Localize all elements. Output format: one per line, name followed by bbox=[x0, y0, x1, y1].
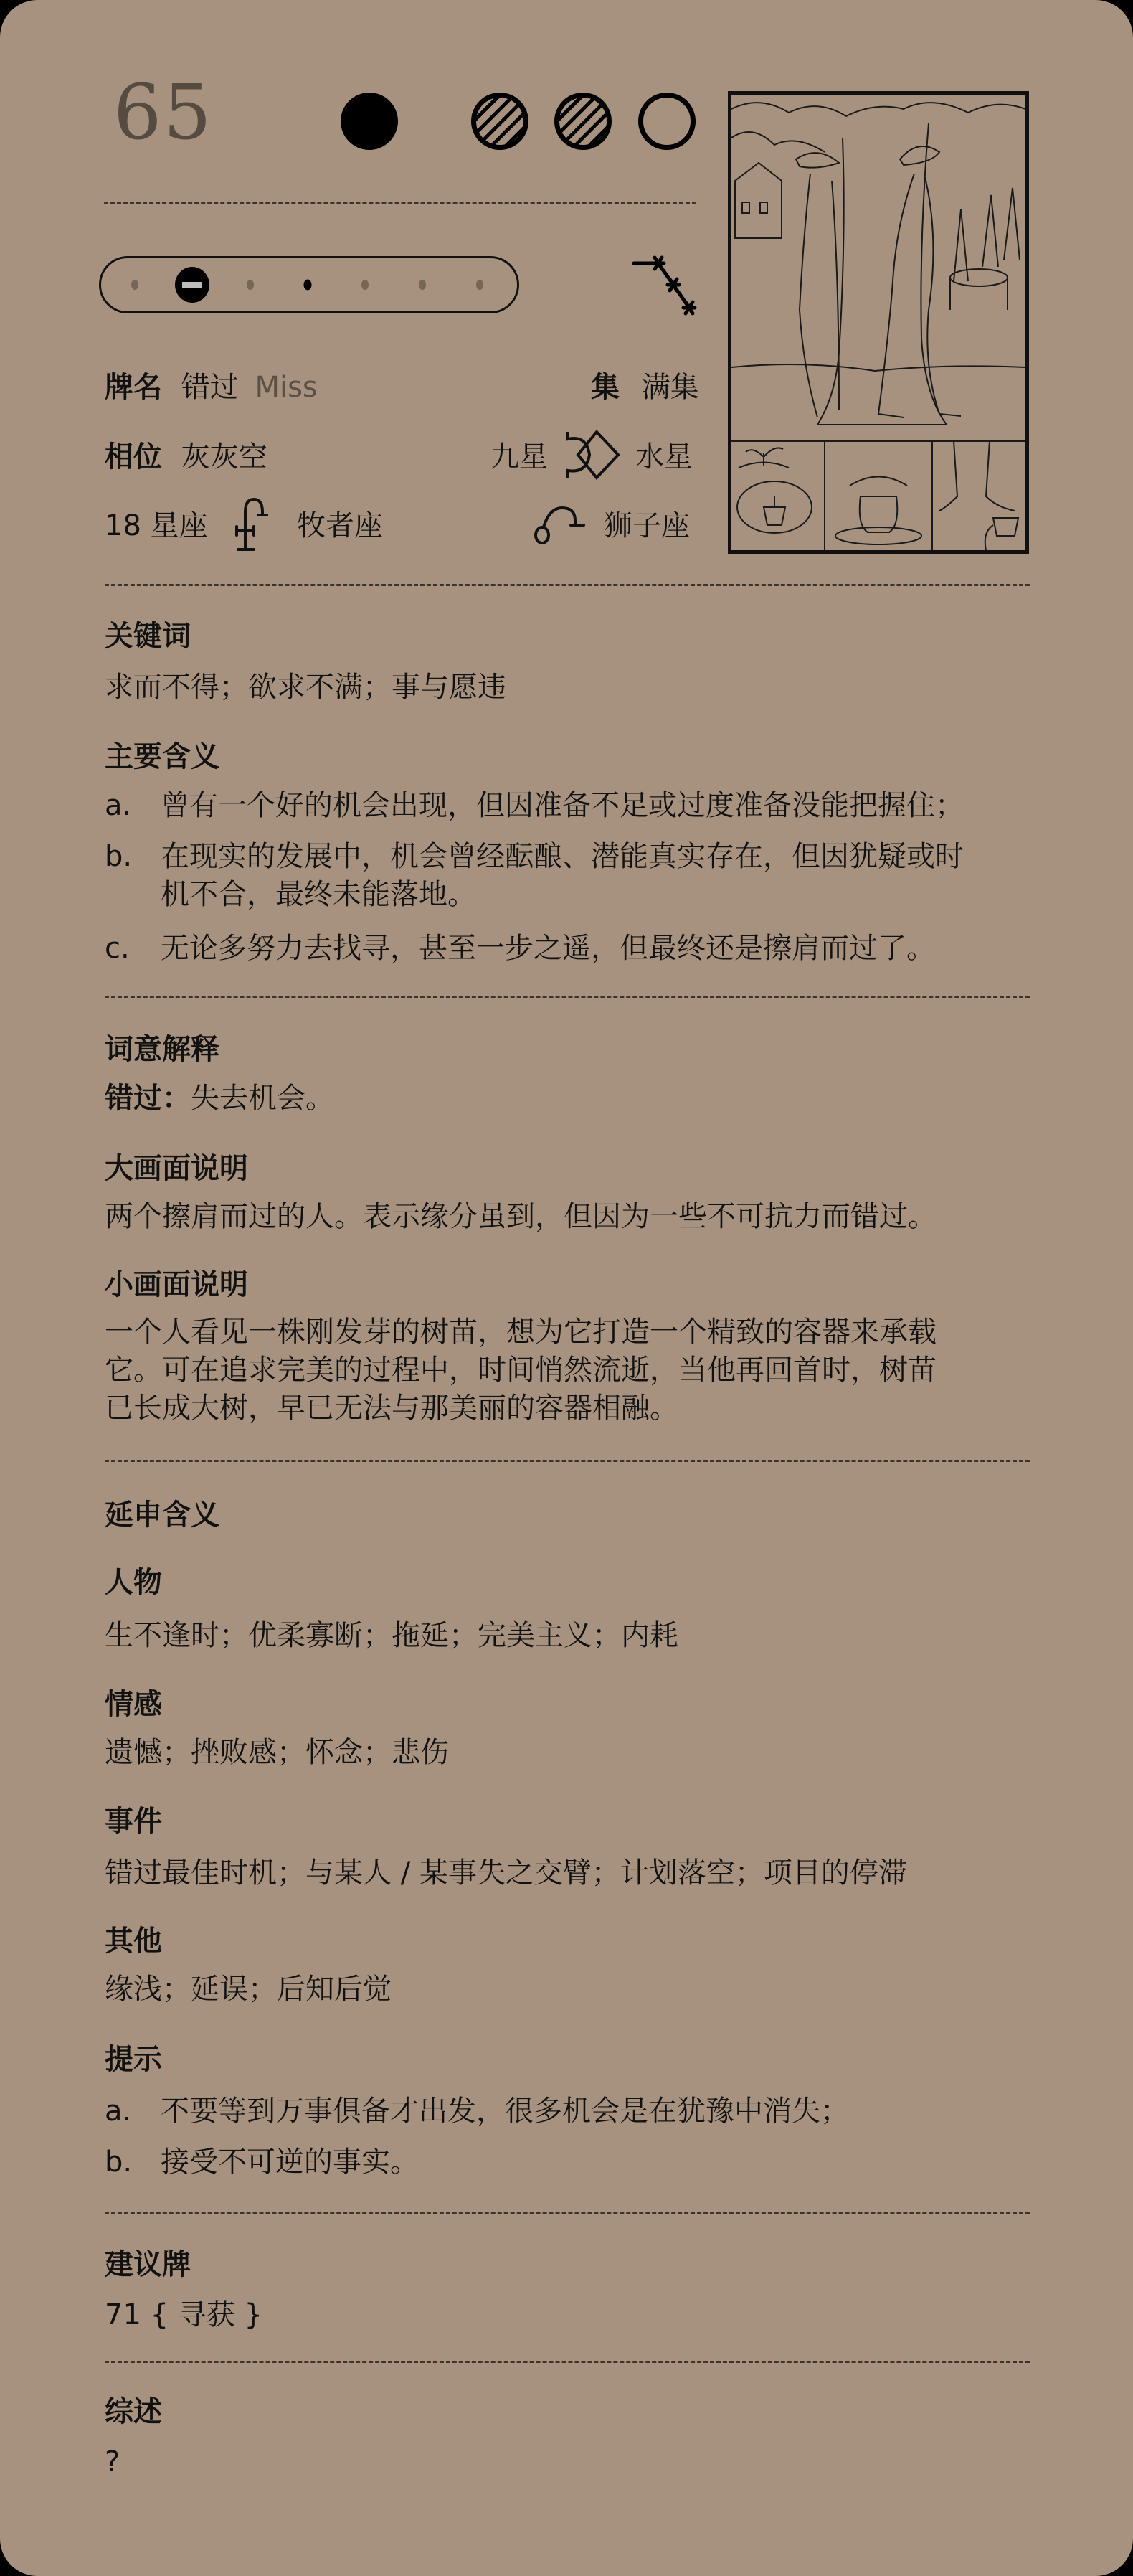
other-text: 缘浅；延误；后知后觉 bbox=[105, 1971, 392, 2009]
word-meaning-term: 错过： bbox=[105, 1082, 191, 1115]
zodiac18-value: 牧者座 bbox=[297, 511, 383, 540]
keywords-title: 关键词 bbox=[105, 622, 191, 651]
nine-star-value: 水星 bbox=[635, 443, 693, 471]
slider-knob[interactable] bbox=[175, 267, 209, 303]
main-meaning-item-b: b.在现实的发展中，机会曾经酝酿、潜能真实存在，但因犹疑或时 机不合，最终未能落… bbox=[105, 838, 964, 914]
mercury-sigil-icon bbox=[565, 429, 622, 481]
attr-aspect-row: 相位 灰灰空 bbox=[105, 443, 267, 471]
card-number: 65 bbox=[113, 75, 213, 151]
small-picture-text: 一个人看见一株刚发芽的树苗，想为它打造一个精致的容器来承载 它。可在追求完美的过… bbox=[105, 1313, 937, 1428]
event-text: 错过最佳时机；与某人 / 某事失之交臂；计划落空；项目的停滞 bbox=[105, 1854, 907, 1892]
name-value: 错过 bbox=[181, 371, 239, 404]
set-value: 满集 bbox=[642, 371, 699, 404]
divider bbox=[105, 996, 1030, 998]
leo-icon bbox=[534, 504, 587, 547]
main-meaning-item-a: a.曾有一个好的机会出现，但因准备不足或过度准备没能把握住； bbox=[105, 787, 964, 825]
slider-dot[interactable] bbox=[131, 280, 138, 290]
tips-title: 提示 bbox=[105, 2045, 162, 2074]
summary-title: 综述 bbox=[105, 2397, 162, 2426]
hatched-circle-icon bbox=[471, 93, 528, 150]
slider-dot[interactable] bbox=[361, 280, 369, 290]
name-label: 牌名 bbox=[105, 371, 162, 404]
divider bbox=[105, 2212, 1030, 2214]
word-meaning-title: 词意解释 bbox=[105, 1035, 219, 1064]
card-detail-page: 65 牌名 错过 Miss 集 满集 相位 灰灰空 bbox=[0, 0, 1133, 2576]
emotion-text: 遗憾；挫败感；怀念；悲伤 bbox=[105, 1734, 449, 1772]
position-slider[interactable] bbox=[99, 256, 519, 313]
suggested-card-title: 建议牌 bbox=[105, 2250, 191, 2279]
tip-item-a: a.不要等到万事俱备才出发，很多机会是在犹豫中消失； bbox=[105, 2093, 849, 2131]
aspect-label: 相位 bbox=[105, 440, 162, 473]
divider bbox=[104, 202, 696, 204]
summary-text: ? bbox=[105, 2443, 120, 2481]
empty-circle-icon bbox=[638, 93, 696, 150]
slider-dot-marked[interactable] bbox=[304, 280, 312, 291]
extended-title: 延申含义 bbox=[105, 1501, 219, 1529]
aspect-value: 灰灰空 bbox=[181, 440, 267, 473]
divider bbox=[105, 2361, 1030, 2363]
herdsman-sigil-icon bbox=[234, 496, 271, 554]
slider-dot[interactable] bbox=[247, 280, 254, 290]
word-meaning-text: 错过：失去机会。 bbox=[105, 1080, 334, 1118]
suggested-card-link[interactable]: 71 { 寻获 } bbox=[105, 2296, 262, 2334]
other-title: 其他 bbox=[105, 1927, 162, 1955]
nine-star-label: 九星 bbox=[490, 443, 548, 471]
hatched-circle-icon bbox=[554, 93, 612, 150]
emotion-title: 情感 bbox=[105, 1690, 162, 1719]
event-title: 事件 bbox=[105, 1807, 162, 1836]
card-illustration bbox=[728, 91, 1029, 554]
zodiac-value: 狮子座 bbox=[604, 511, 690, 540]
people-text: 生不逢时；优柔寡断；拖延；完美主义；内耗 bbox=[105, 1617, 678, 1655]
big-picture-text: 两个擦肩而过的人。表示缘分虽到，但因为一些不可抗力而错过。 bbox=[105, 1198, 937, 1236]
word-meaning-definition: 失去机会。 bbox=[191, 1082, 334, 1115]
slider-dot[interactable] bbox=[476, 280, 483, 290]
zodiac18-label: 18 星座 bbox=[105, 511, 208, 540]
big-picture-title: 大画面说明 bbox=[105, 1154, 248, 1183]
tip-item-b: b.接受不可逆的事实。 bbox=[105, 2143, 419, 2181]
set-label: 集 bbox=[591, 371, 620, 404]
illustration-art bbox=[731, 95, 1025, 550]
name-en: Miss bbox=[255, 371, 317, 404]
constellation-chain-icon bbox=[624, 251, 699, 319]
attr-set-row: 集 满集 bbox=[591, 373, 699, 402]
slider-dot[interactable] bbox=[419, 280, 426, 290]
divider bbox=[105, 1460, 1030, 1462]
small-picture-title: 小画面说明 bbox=[105, 1270, 248, 1299]
attr-name-row: 牌名 错过 Miss bbox=[105, 373, 318, 402]
main-meaning-title: 主要含义 bbox=[105, 742, 219, 771]
keywords-text: 求而不得；欲求不满；事与愿违 bbox=[105, 669, 506, 707]
people-title: 人物 bbox=[105, 1568, 162, 1597]
main-meaning-item-c: c.无论多努力去找寻，甚至一步之遥，但最终还是擦肩而过了。 bbox=[105, 930, 935, 968]
filled-circle-icon bbox=[341, 93, 398, 150]
divider bbox=[105, 584, 1030, 586]
